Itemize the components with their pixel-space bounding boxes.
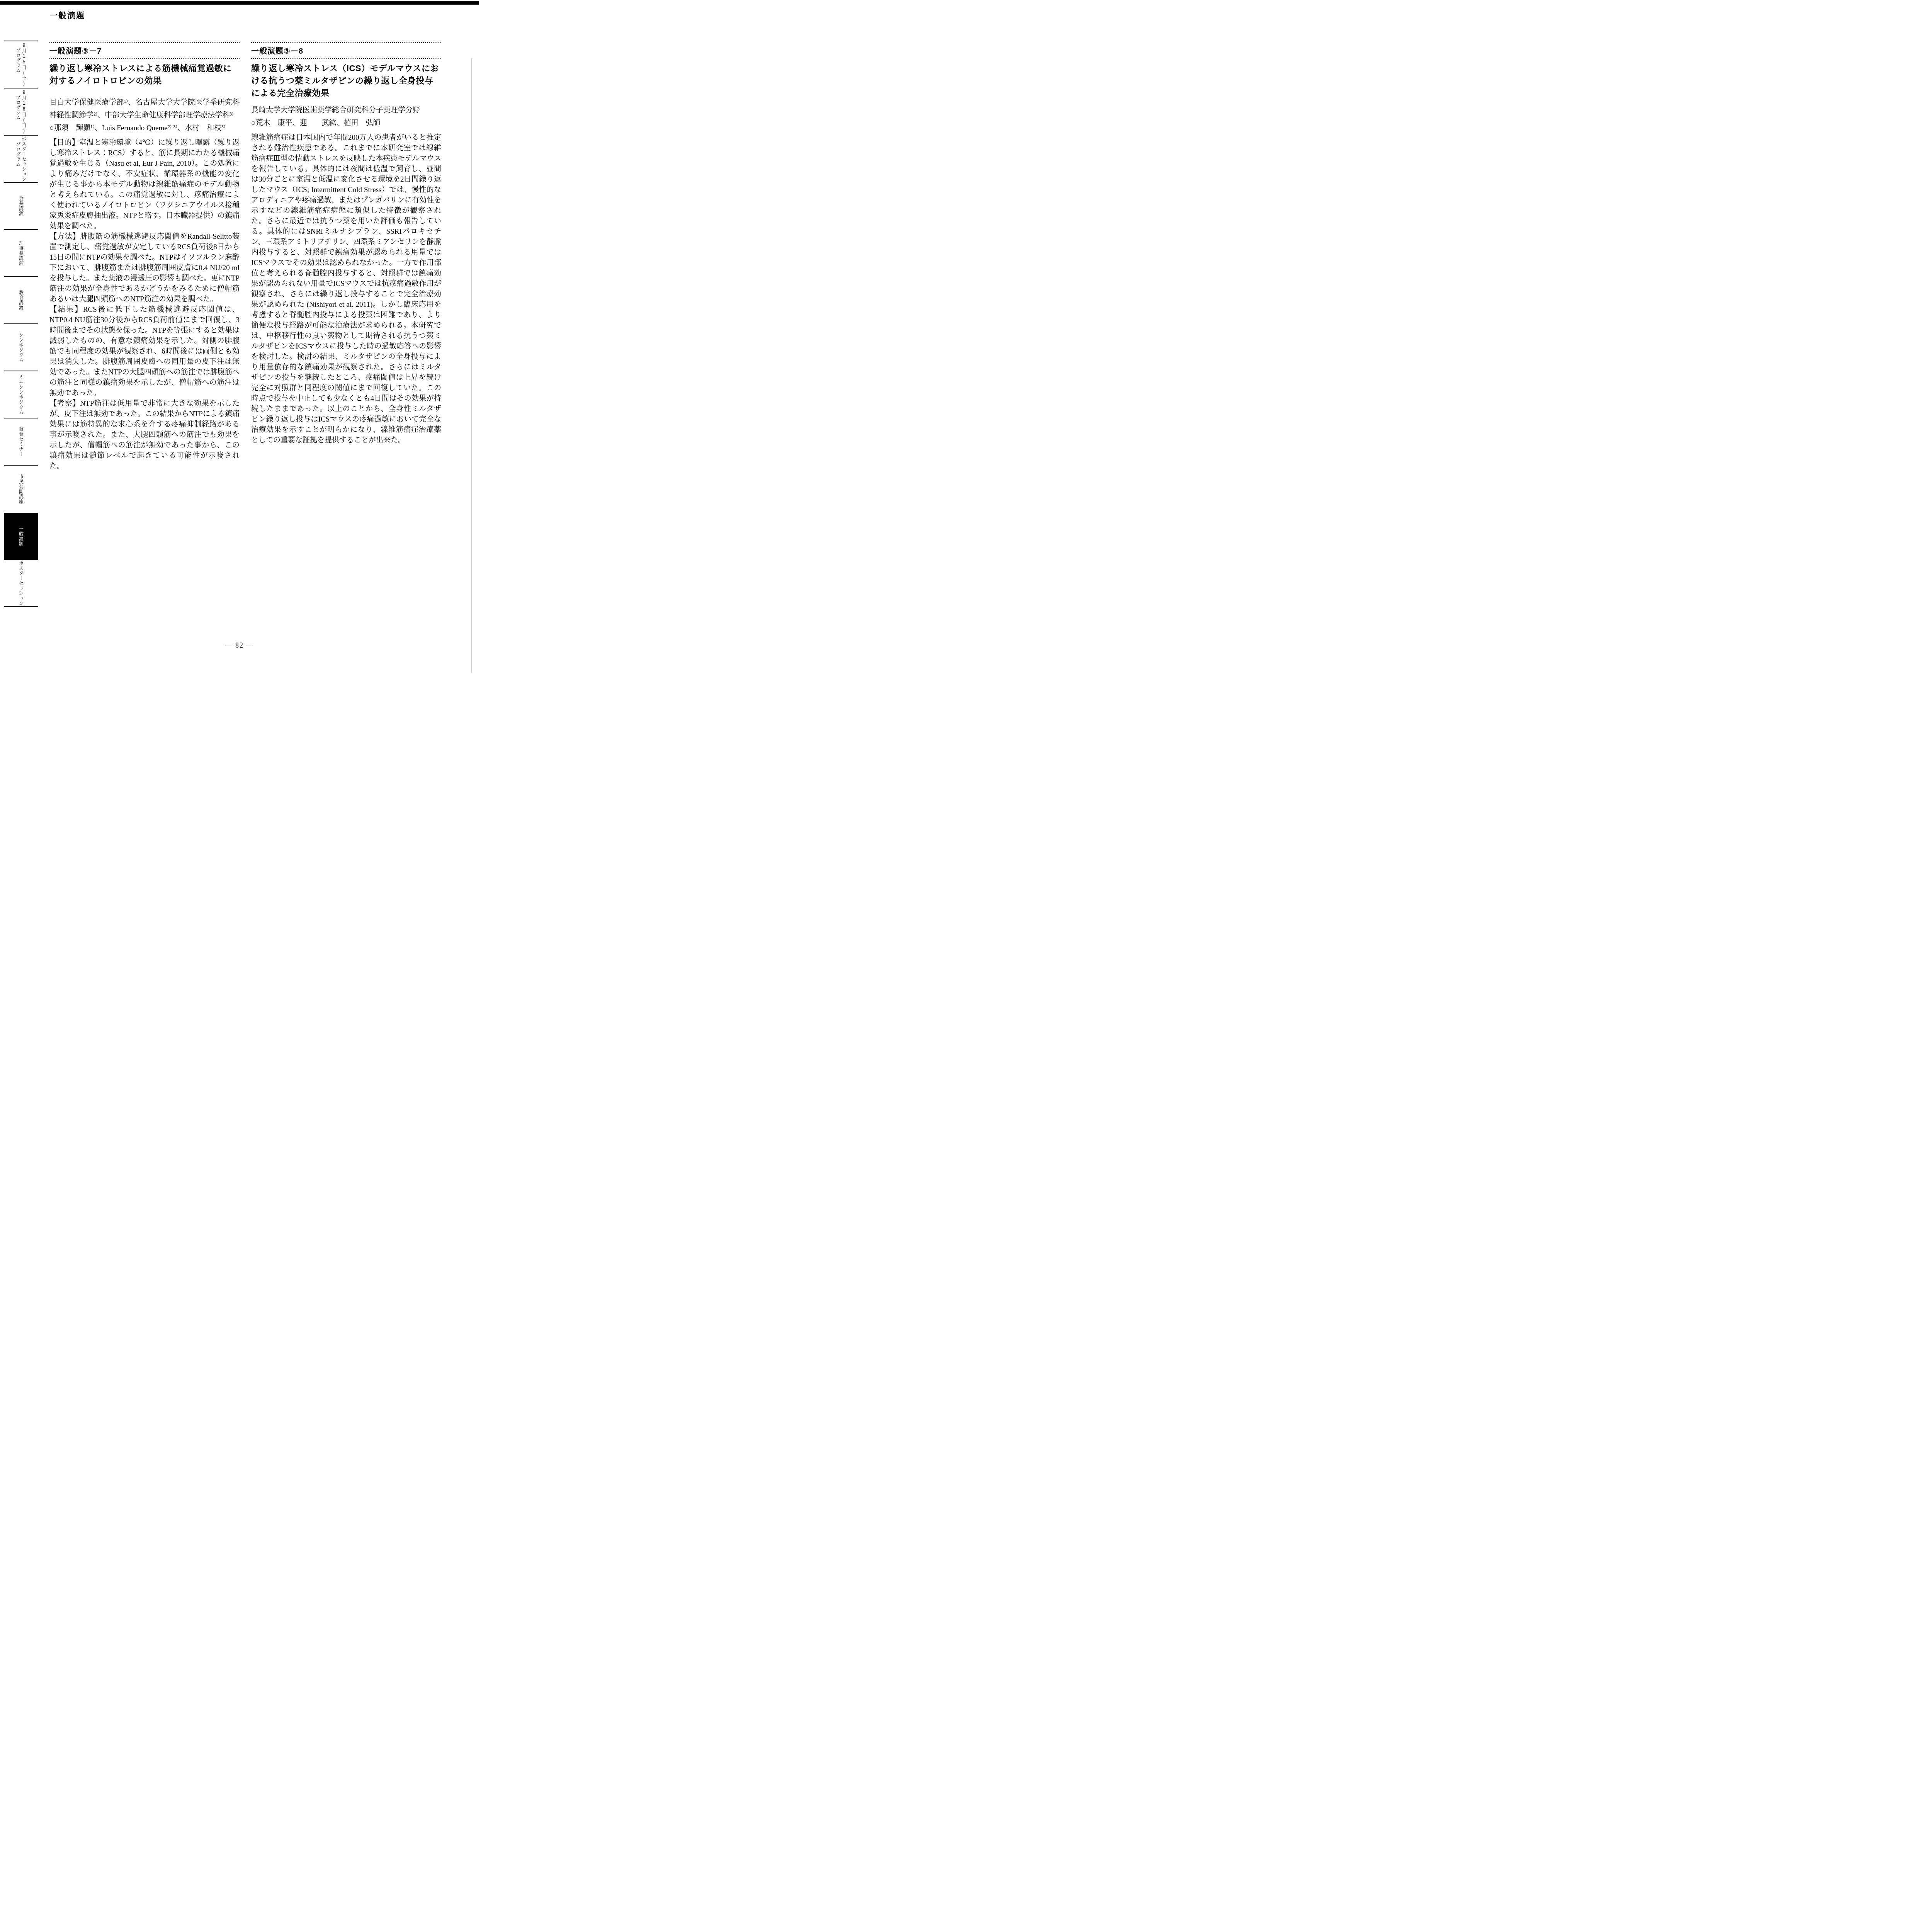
- dotted-rule: [49, 58, 240, 59]
- sidebar-item: 会長講演: [4, 183, 38, 230]
- paragraph-methods: 【方法】腓腹筋の筋機械逃避反応閾値をRandall-Selitto装置で測定し、…: [49, 231, 240, 304]
- sidebar-item-label: 教育講演: [18, 290, 24, 310]
- sidebar-item: 教育講演: [4, 277, 38, 324]
- sidebar-item-label: 理事長講演: [18, 241, 24, 266]
- sidebar-item: ポスターセッションプログラム: [4, 136, 38, 183]
- authors-right: ○荒木 康平、迎 武紘、植田 弘師: [251, 117, 441, 129]
- abstract-book-page: 一般演題 9月15日(土)プログラム9月16日(日)プログラムポスターセッション…: [0, 0, 479, 678]
- sidebar-item-label: 9月15日(土)プログラム: [15, 43, 27, 87]
- sidebar-item: 9月16日(日)プログラム: [4, 88, 38, 136]
- sidebar-item: シンポジウム: [4, 324, 38, 371]
- sidebar-item-label: 9月16日(日)プログラム: [15, 90, 27, 134]
- paragraph-discussion: 【考察】NTP筋注は低用量で非常に大きな効果を示したが、皮下注は無効であった。こ…: [49, 398, 240, 471]
- sidebar-item-label: 市民公開講座: [18, 474, 24, 504]
- page-header: 一般演題: [49, 9, 85, 21]
- page-number: — 82 —: [0, 641, 479, 650]
- sidebar-item: ポスターセッション: [4, 560, 38, 607]
- dotted-rule: [251, 58, 441, 59]
- session-number-right: 一般演題③－8: [251, 45, 441, 56]
- sidebar-item: ミニシンポジウム: [4, 371, 38, 418]
- paragraph-results: 【結果】RCS後に低下した筋機械逃避反応閾値は、NTP0.4 NU筋注30分後か…: [49, 304, 240, 398]
- abstract-left: 一般演題③－7 繰り返し寒冷ストレスによる筋機械痛覚過敏に対するノイロトロピンの…: [49, 42, 240, 471]
- sidebar-item: 9月15日(土)プログラム: [4, 41, 38, 88]
- sidebar-item-label: ポスターセッション: [18, 561, 24, 606]
- affiliations-right: 長崎大学大学院医歯薬学総合研究科分子薬理学分野: [251, 104, 441, 117]
- affiliations-left: 目白大学保健医療学部¹⁾、名古屋大学大学院医学系研究科神経性調節学²⁾、中部大学…: [49, 96, 240, 122]
- sidebar-tab-index: 9月15日(土)プログラム9月16日(日)プログラムポスターセッションプログラム…: [4, 41, 38, 607]
- scan-edge-artifact: [471, 58, 472, 673]
- dotted-rule: [49, 42, 240, 43]
- authors-left: ○那須 輝顕¹⁾、Luis Fernando Queme²⁾ ³⁾、水村 和枝³…: [49, 122, 240, 134]
- sidebar-item: 教育セミナー: [4, 418, 38, 466]
- abstract-title-right: 繰り返し寒冷ストレス（ICS）モデルマウスにおける抗うつ薬ミルタザピンの繰り返し…: [251, 62, 441, 99]
- sidebar-item-label: シンポジウム: [18, 332, 24, 362]
- sidebar-item-label: ミニシンポジウム: [18, 374, 24, 415]
- abstract-body-left: 【目的】室温と寒冷環境（4℃）に繰り返し曝露（繰り返し寒冷ストレス：RCS）する…: [49, 138, 240, 471]
- sidebar-item-label: 会長講演: [18, 196, 24, 216]
- abstract-right: 一般演題③－8 繰り返し寒冷ストレス（ICS）モデルマウスにおける抗うつ薬ミルタ…: [251, 42, 441, 446]
- sidebar-item-label: ポスターセッションプログラム: [15, 136, 27, 182]
- session-number-left: 一般演題③－7: [49, 45, 240, 56]
- sidebar-item-active: 一般演題: [4, 513, 38, 560]
- paragraph-body: 線維筋痛症は日本国内で年間200万人の患者がいると推定される難治性疾患である。こ…: [251, 133, 441, 446]
- sidebar-item: 理事長講演: [4, 230, 38, 277]
- sidebar-item-label: 教育セミナー: [18, 427, 24, 457]
- top-edge-bar: [0, 1, 479, 5]
- sidebar-item: 市民公開講座: [4, 466, 38, 513]
- paragraph-objective: 【目的】室温と寒冷環境（4℃）に繰り返し曝露（繰り返し寒冷ストレス：RCS）する…: [49, 138, 240, 231]
- abstract-title-left: 繰り返し寒冷ストレスによる筋機械痛覚過敏に対するノイロトロピンの効果: [49, 62, 240, 87]
- dotted-rule: [251, 42, 441, 43]
- abstract-body-right: 線維筋痛症は日本国内で年間200万人の患者がいると推定される難治性疾患である。こ…: [251, 133, 441, 446]
- sidebar-item-label: 一般演題: [18, 526, 24, 546]
